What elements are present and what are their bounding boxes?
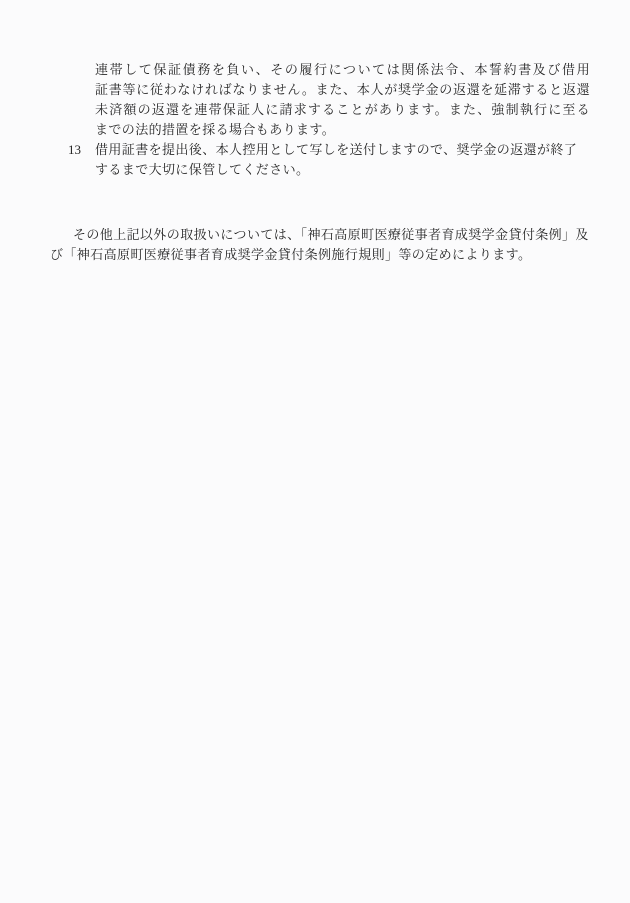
closing-paragraph-line: その他上記以外の取扱いについては、「神石高原町医療従事者育成奨学金貸付条例」及 — [50, 225, 585, 245]
clause12-continuation-line: 連帯して保証債務を負い、その履行については関係法令、本誓約書及び借用 — [68, 60, 590, 80]
document-page: 連帯して保証債務を負い、その履行については関係法令、本誓約書及び借用 証書等に従… — [0, 0, 630, 903]
clause12-continuation-line: 未済額の返還を連帯保証人に請求することがあります。また、強制執行に至る — [68, 100, 590, 120]
clause-list-block: 連帯して保証債務を負い、その履行については関係法令、本誓約書及び借用 証書等に従… — [68, 60, 590, 180]
clause-13-text-line: 借用証書を提出後、本人控用として写しを送付しますので、奨学金の返還が終了 — [95, 140, 590, 160]
closing-paragraph: その他上記以外の取扱いについては、「神石高原町医療従事者育成奨学金貸付条例」及 … — [50, 225, 585, 265]
clause12-continuation-line: までの法的措置を採る場合もあります。 — [68, 120, 590, 140]
clause12-continuation-line: 証書等に従わなければなりません。また、本人が奨学金の返還を延滞すると返還 — [68, 80, 590, 100]
closing-paragraph-line: び「神石高原町医療従事者育成奨学金貸付条例施行規則」等の定めによります。 — [50, 245, 585, 265]
clause-13-text-line: するまで大切に保管してください。 — [68, 160, 590, 180]
clause-13-item: 13 借用証書を提出後、本人控用として写しを送付しますので、奨学金の返還が終了 — [68, 140, 590, 160]
clause-13-number: 13 — [68, 140, 95, 160]
